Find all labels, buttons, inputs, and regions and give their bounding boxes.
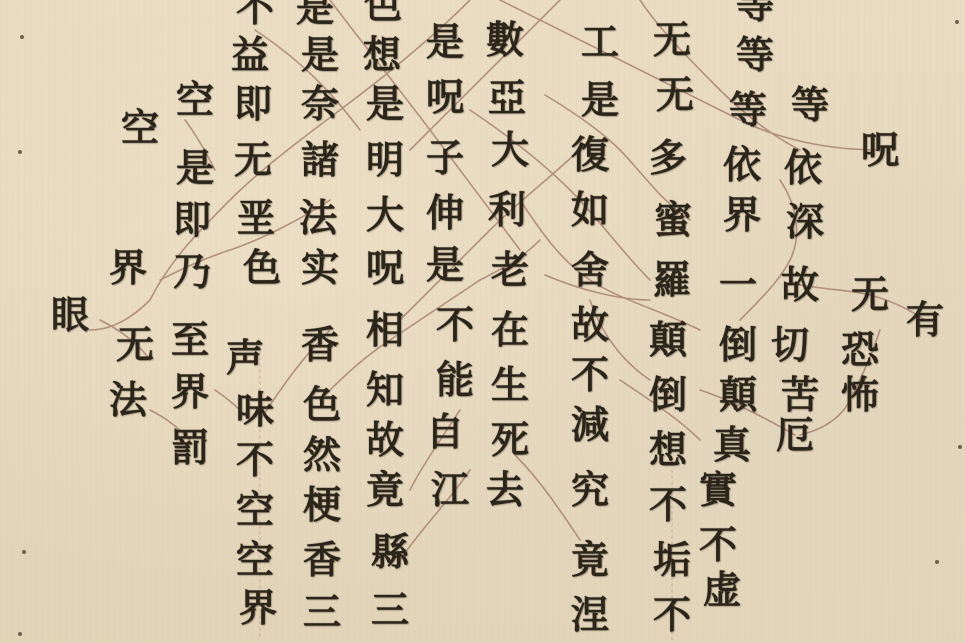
manuscript-character: 倒 (719, 326, 757, 364)
manuscript-character: 色 (243, 249, 281, 287)
manuscript-character: 竟 (571, 541, 609, 579)
manuscript-character: 是 (176, 149, 214, 187)
manuscript-character: 是 (301, 36, 339, 74)
manuscript-character: 无 (653, 21, 691, 59)
manuscript-character: 工 (581, 23, 619, 61)
manuscript-character: 香 (301, 326, 339, 364)
manuscript-character: 然 (303, 436, 341, 474)
manuscript-character: 厄 (776, 416, 814, 454)
manuscript-character: 切 (771, 326, 809, 364)
manuscript-character: 等 (736, 0, 774, 24)
manuscript-character: 实 (301, 249, 339, 287)
manuscript-character: 顛 (649, 321, 687, 359)
ink-speck (22, 550, 26, 554)
manuscript-character: 呪 (861, 131, 899, 169)
manuscript-character: 明 (366, 141, 404, 179)
ink-speck (20, 35, 24, 39)
manuscript-character: 江 (431, 471, 469, 509)
manuscript-character: 能 (436, 361, 474, 399)
manuscript-character: 界 (723, 196, 761, 234)
manuscript-character: 界 (171, 373, 209, 411)
manuscript-character: 大 (366, 196, 404, 234)
manuscript-character: 諸 (301, 141, 339, 179)
ink-speck (18, 150, 22, 154)
manuscript-character: 呪 (426, 78, 464, 116)
manuscript-character: 是 (426, 23, 464, 61)
manuscript-photo: 不益即无垩色声味不空空界是是奈諸法实香色然梗香三色想是明大呪相知故竟縣三是呪子伸… (0, 0, 965, 643)
manuscript-character: 利 (488, 191, 526, 229)
manuscript-character: 究 (571, 471, 609, 509)
manuscript-character: 声 (226, 339, 264, 377)
manuscript-character: 子 (426, 139, 464, 177)
manuscript-character: 无 (116, 326, 154, 364)
manuscript-character: 垩 (237, 199, 275, 237)
manuscript-character: 乃 (173, 253, 211, 291)
manuscript-character: 等 (791, 86, 829, 124)
manuscript-character: 空 (176, 81, 214, 119)
manuscript-character: 界 (109, 249, 147, 287)
manuscript-character: 眼 (51, 296, 89, 334)
manuscript-character: 空 (236, 541, 274, 579)
manuscript-character: 不 (236, 0, 274, 27)
manuscript-character: 等 (729, 91, 767, 129)
ink-speck (958, 445, 962, 449)
manuscript-character: 法 (299, 199, 337, 237)
manuscript-character: 等 (736, 36, 774, 74)
manuscript-character: 虚 (703, 571, 741, 609)
manuscript-character: 想 (649, 431, 687, 469)
manuscript-character: 即 (234, 85, 272, 123)
manuscript-character: 三 (371, 591, 409, 629)
manuscript-character: 依 (784, 149, 822, 187)
manuscript-character: 是 (296, 0, 334, 27)
manuscript-character: 減 (571, 406, 609, 444)
manuscript-character: 梗 (303, 486, 341, 524)
manuscript-character: 去 (486, 471, 524, 509)
manuscript-character: 舍 (571, 251, 609, 289)
manuscript-character: 故 (366, 421, 404, 459)
manuscript-character: 罰 (171, 429, 209, 467)
manuscript-character: 不 (653, 596, 691, 634)
manuscript-character: 怖 (841, 376, 879, 414)
manuscript-character: 一 (719, 266, 757, 304)
manuscript-character: 竟 (366, 471, 404, 509)
manuscript-character: 亞 (488, 79, 526, 117)
manuscript-character: 生 (491, 366, 529, 404)
manuscript-character: 實 (699, 471, 737, 509)
manuscript-character: 益 (231, 36, 269, 74)
manuscript-character: 空 (121, 109, 159, 147)
manuscript-character: 有 (906, 301, 944, 339)
manuscript-character: 至 (171, 321, 209, 359)
manuscript-character: 故 (781, 266, 819, 304)
manuscript-character: 伸 (426, 194, 464, 232)
manuscript-character: 色 (364, 0, 402, 24)
manuscript-character: 縣 (371, 533, 409, 571)
manuscript-character: 是 (581, 81, 619, 119)
manuscript-character: 不 (571, 356, 609, 394)
manuscript-character: 倒 (649, 376, 687, 414)
manuscript-character: 依 (723, 146, 761, 184)
manuscript-character: 大 (491, 131, 529, 169)
manuscript-character: 三 (303, 593, 341, 631)
manuscript-character: 深 (786, 203, 824, 241)
manuscript-character: 法 (109, 381, 147, 419)
manuscript-character: 自 (426, 413, 464, 451)
manuscript-character: 恐 (841, 331, 879, 369)
ink-speck (935, 560, 939, 564)
manuscript-character: 不 (436, 306, 474, 344)
manuscript-character: 死 (491, 421, 529, 459)
manuscript-character: 知 (366, 371, 404, 409)
manuscript-character: 垢 (653, 541, 691, 579)
manuscript-character: 无 (851, 276, 889, 314)
manuscript-character: 是 (426, 246, 464, 284)
manuscript-character: 羅 (653, 261, 691, 299)
manuscript-character: 多 (649, 139, 687, 177)
manuscript-character: 故 (571, 306, 609, 344)
manuscript-character: 是 (366, 85, 404, 123)
manuscript-character: 老 (491, 251, 529, 289)
manuscript-character: 即 (173, 201, 211, 239)
manuscript-character: 顛 (719, 376, 757, 414)
manuscript-character: 呪 (366, 249, 404, 287)
ink-speck (18, 632, 22, 636)
manuscript-character: 數 (486, 21, 524, 59)
manuscript-character: 味 (236, 391, 274, 429)
manuscript-character: 蜜 (654, 201, 692, 239)
manuscript-character: 香 (303, 541, 341, 579)
manuscript-character: 无 (656, 76, 694, 114)
manuscript-character: 苦 (781, 376, 819, 414)
ink-speck (955, 20, 959, 24)
manuscript-character: 想 (363, 36, 401, 74)
manuscript-character: 在 (491, 311, 529, 349)
manuscript-character: 不 (699, 526, 737, 564)
manuscript-character: 相 (366, 311, 404, 349)
manuscript-character: 无 (234, 141, 272, 179)
manuscript-character: 如 (571, 191, 609, 229)
manuscript-character: 色 (303, 386, 341, 424)
manuscript-character: 真 (713, 426, 751, 464)
manuscript-character: 涅 (571, 596, 609, 634)
manuscript-character: 奈 (301, 85, 339, 123)
manuscript-character: 空 (236, 491, 274, 529)
manuscript-character: 界 (239, 589, 277, 627)
manuscript-character: 復 (571, 136, 609, 174)
manuscript-character: 不 (649, 486, 687, 524)
manuscript-character: 不 (236, 441, 274, 479)
